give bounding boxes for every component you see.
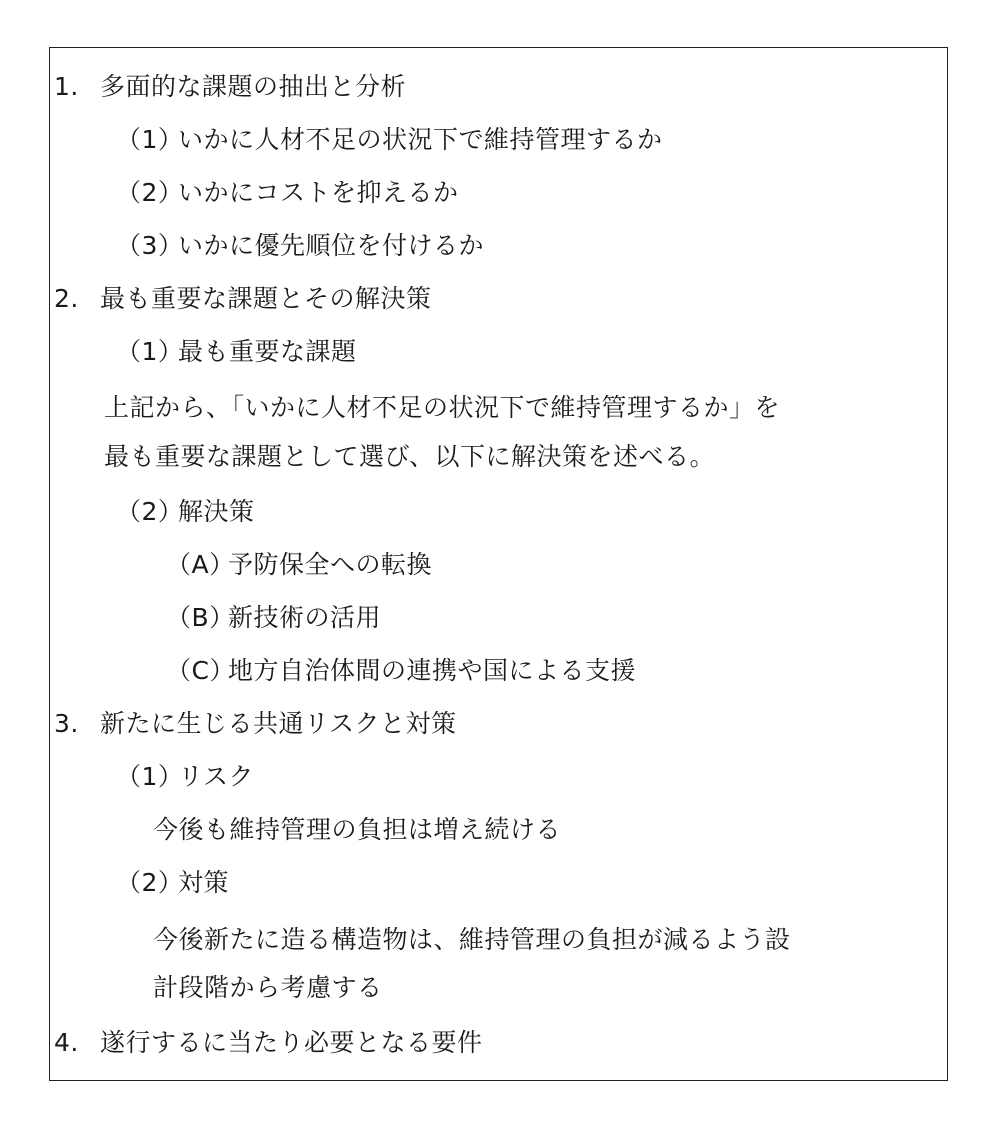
countermeasure-body-line-2: 計段階から考慮する (153, 973, 383, 1003)
item-text: 対策 (178, 868, 229, 897)
section-2-heading: 2.最も重要な課題とその解決策 (54, 284, 432, 314)
item-marker: （1） (116, 762, 178, 792)
item-text: 新技術の活用 (228, 603, 381, 632)
item-marker: （B） (166, 603, 228, 633)
item-marker: （1） (116, 337, 178, 367)
section-title: 新たに生じる共通リスクと対策 (100, 709, 457, 738)
section-number: 3. (54, 709, 100, 739)
section-4-heading: 4.遂行するに当たり必要となる要件 (54, 1028, 483, 1058)
item-marker: （2） (116, 178, 178, 208)
item-text: いかに人材不足の状況下で維持管理するか (178, 125, 663, 154)
solution-item-c: （C）地方自治体間の連携や国による支援 (166, 656, 636, 686)
item-text: リスク (178, 762, 254, 791)
section-1-item-3: （3）いかに優先順位を付けるか (116, 231, 484, 261)
item-text: 最も重要な課題 (178, 337, 357, 366)
section-title: 最も重要な課題とその解決策 (100, 284, 432, 313)
item-marker: （A） (166, 550, 228, 580)
section-title: 遂行するに当たり必要となる要件 (100, 1028, 483, 1057)
section-number: 4. (54, 1028, 100, 1058)
section-1-item-1: （1）いかに人材不足の状況下で維持管理するか (116, 125, 663, 155)
section-1-item-2: （2）いかにコストを抑えるか (116, 178, 459, 208)
item-marker: （3） (116, 231, 178, 261)
section-2-body-line-2: 最も重要な課題として選び、以下に解決策を述べる。 (104, 442, 715, 472)
section-3-heading: 3.新たに生じる共通リスクと対策 (54, 709, 457, 739)
item-marker: （2） (116, 497, 178, 527)
item-text: いかにコストを抑えるか (178, 178, 459, 207)
item-marker: （1） (116, 125, 178, 155)
item-text: 解決策 (178, 497, 255, 526)
item-text: 予防保全への転換 (228, 550, 432, 579)
section-3-sub-1: （1）リスク (116, 762, 254, 792)
section-2-body-line-1: 上記から、「いかに人材不足の状況下で維持管理するか」を (104, 393, 780, 423)
section-number: 1. (54, 72, 100, 102)
solution-item-a: （A）予防保全への転換 (166, 550, 432, 580)
section-title: 多面的な課題の抽出と分析 (100, 72, 406, 101)
item-marker: （C） (166, 656, 228, 686)
section-number: 2. (54, 284, 100, 314)
section-1-heading: 1.多面的な課題の抽出と分析 (54, 72, 406, 102)
section-2-sub-2: （2）解決策 (116, 497, 255, 527)
section-3-sub-2: （2）対策 (116, 868, 229, 898)
item-marker: （2） (116, 868, 178, 898)
item-text: 地方自治体間の連携や国による支援 (228, 656, 636, 685)
countermeasure-body-line-1: 今後新たに造る構造物は、維持管理の負担が減るよう設 (153, 925, 791, 955)
solution-item-b: （B）新技術の活用 (166, 603, 381, 633)
section-2-sub-1: （1）最も重要な課題 (116, 337, 357, 367)
risk-body: 今後も維持管理の負担は増え続ける (153, 815, 561, 845)
item-text: いかに優先順位を付けるか (178, 231, 484, 260)
